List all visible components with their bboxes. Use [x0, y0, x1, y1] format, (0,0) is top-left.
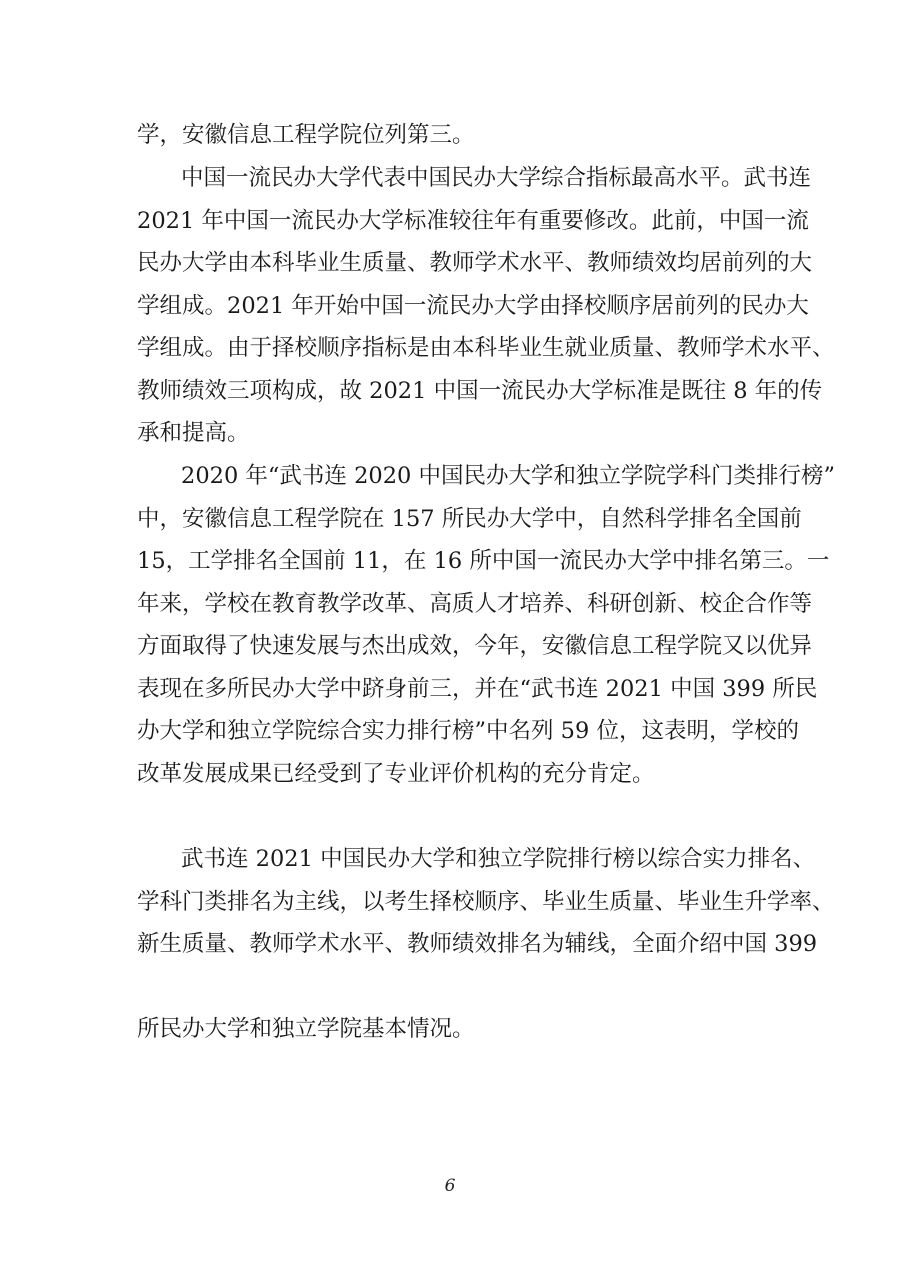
- paragraph-4-line-2: 学科门类排名为主线，以考生择校顺序、毕业生质量、毕业生升学率、: [137, 887, 767, 917]
- paragraph-3-line-8: 改革发展成果已经受到了专业评价机构的充分肯定。: [137, 759, 767, 789]
- paragraph-2-line-3: 民办大学由本科毕业生质量、教师学术水平、教师绩效均居前列的大: [137, 248, 767, 278]
- paragraph-2-line-4: 学组成。2021 年开始中国一流民办大学由择校顺序居前列的民办大: [137, 291, 767, 321]
- paragraph-3-line-5: 方面取得了快速发展与杰出成效，今年，安徽信息工程学院又以优异: [137, 631, 767, 661]
- paragraph-4-line-4: 所民办大学和独立学院基本情况。: [137, 1014, 767, 1044]
- paragraph-2-line-1: 中国一流民办大学代表中国民办大学综合指标最高水平。武书连: [181, 163, 767, 193]
- paragraph-3-line-2: 中，安徽信息工程学院在 157 所民办大学中，自然科学排名全国前: [137, 504, 767, 534]
- paragraph-3-line-1: 2020 年“武书连 2020 中国民办大学和独立学院学科门类排行榜”: [181, 461, 767, 491]
- paragraph-2-line-5: 学组成。由于择校顺序指标是由本科毕业生就业质量、教师学术水平、: [137, 333, 767, 363]
- paragraph-3-line-3: 15，工学排名全国前 11，在 16 所中国一流民办大学中排名第三。一: [137, 546, 767, 576]
- page-number: 6: [440, 1176, 460, 1196]
- paragraph-3-line-4: 年来，学校在教育教学改革、高质人才培养、科研创新、校企合作等: [137, 589, 767, 619]
- paragraph-2-line-2: 2021 年中国一流民办大学标准较往年有重要修改。此前，中国一流: [137, 206, 767, 236]
- document-page: 学，安徽信息工程学院位列第三。 中国一流民办大学代表中国民办大学综合指标最高水平…: [0, 0, 900, 1272]
- paragraph-2-line-6: 教师绩效三项构成，故 2021 中国一流民办大学标准是既往 8 年的传: [137, 376, 767, 406]
- paragraph-4-line-1: 武书连 2021 中国民办大学和独立学院排行榜以综合实力排名、: [181, 844, 767, 874]
- paragraph-1-line-1: 学，安徽信息工程学院位列第三。: [137, 120, 767, 150]
- paragraph-3-line-7: 办大学和独立学院综合实力排行榜”中名列 59 位，这表明，学校的: [137, 716, 767, 746]
- paragraph-4-line-3: 新生质量、教师学术水平、教师绩效排名为辅线，全面介绍中国 399: [137, 929, 767, 959]
- paragraph-3-line-6: 表现在多所民办大学中跻身前三，并在“武书连 2021 中国 399 所民: [137, 674, 767, 704]
- paragraph-2-line-7: 承和提高。: [137, 418, 767, 448]
